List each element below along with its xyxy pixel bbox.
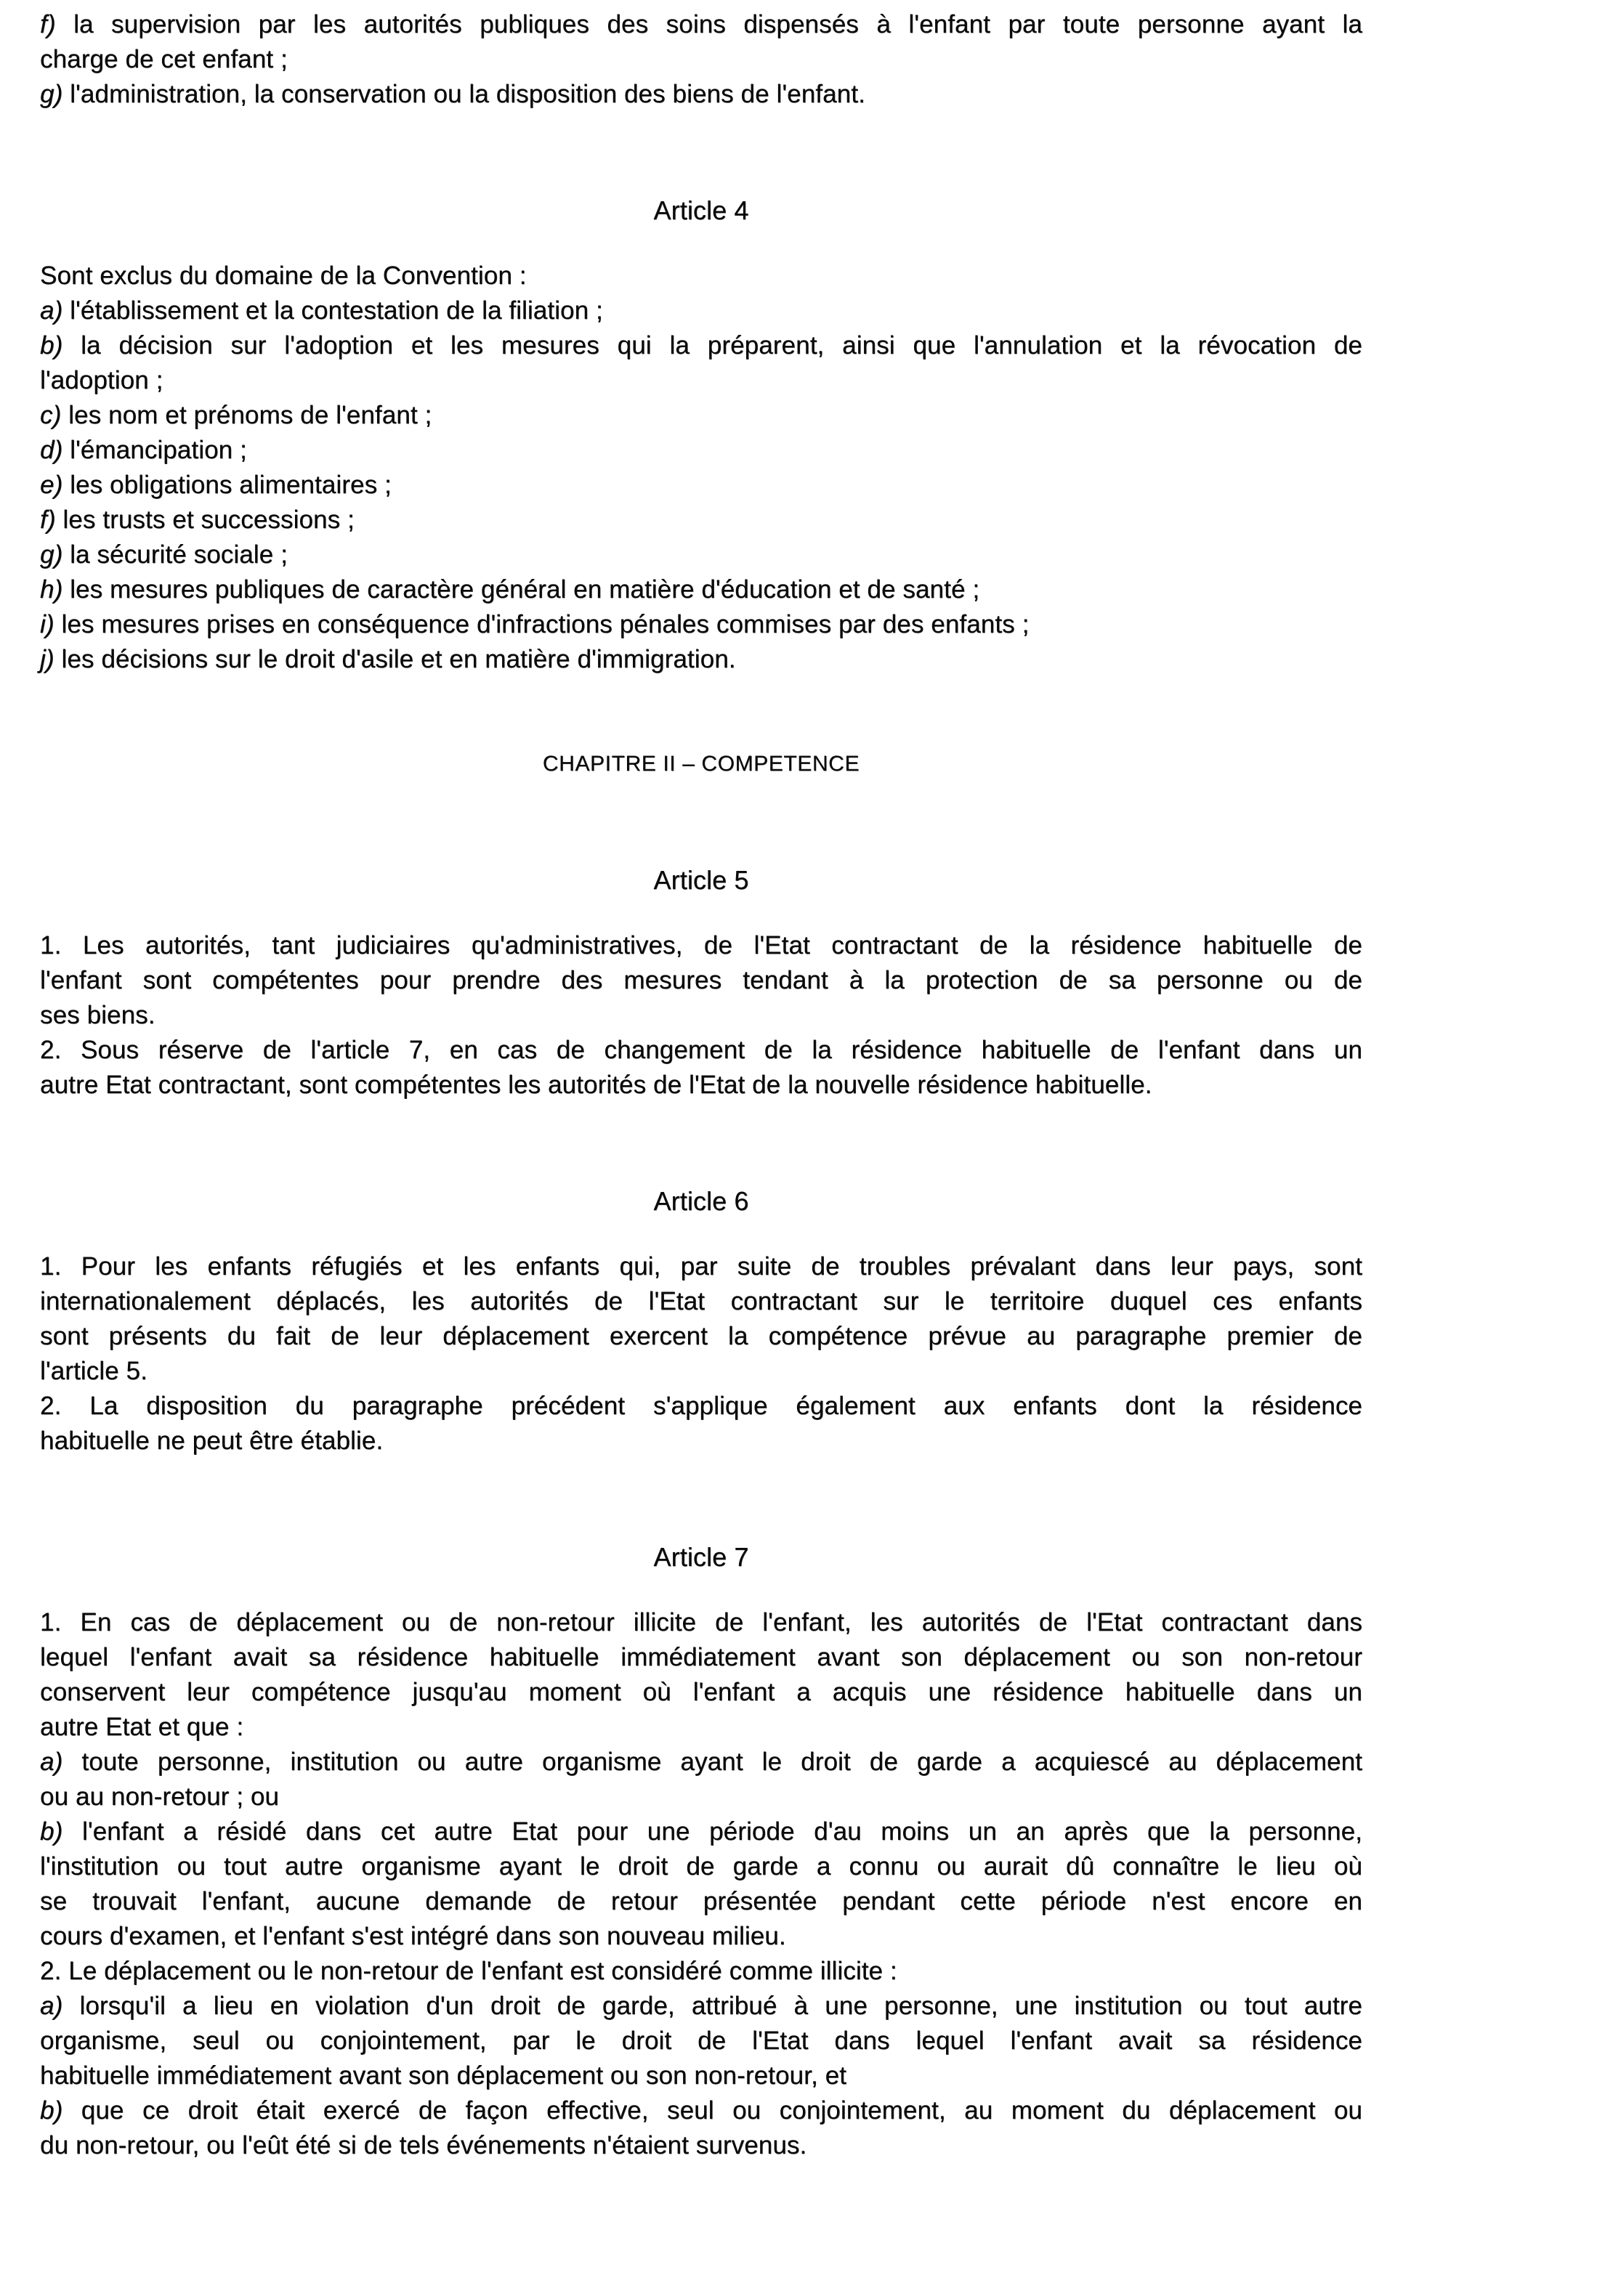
- text-line: du non-retour, ou l'eût été si de tels é…: [40, 2128, 1362, 2163]
- list-item-marker: a): [40, 296, 62, 325]
- text-line: 1. Pour les enfants réfugiés et les enfa…: [40, 1249, 1362, 1284]
- article-heading: Article 4: [40, 193, 1362, 228]
- list-item-marker: g): [40, 80, 62, 108]
- text-line: autre Etat contractant, sont compétentes…: [40, 1068, 1362, 1103]
- text-line: e) les obligations alimentaires ;: [40, 468, 1362, 503]
- text-line: conservent leur compétence jusqu'au mome…: [40, 1675, 1362, 1710]
- text-line: a) l'établissement et la contestation de…: [40, 293, 1362, 328]
- text-line: a) toute personne, institution ou autre …: [40, 1745, 1362, 1780]
- text-line: 2. La disposition du paragraphe précéden…: [40, 1389, 1362, 1424]
- text-line: b) que ce droit était exercé de façon ef…: [40, 2093, 1362, 2128]
- text-line: a) lorsqu'il a lieu en violation d'un dr…: [40, 1989, 1362, 2024]
- list-item-marker: j): [40, 645, 54, 673]
- text-line: ou au non-retour ; ou: [40, 1780, 1362, 1814]
- chapter-heading: CHAPITRE II – COMPETENCE: [40, 747, 1362, 782]
- list-item-marker: h): [40, 575, 62, 604]
- text-line: charge de cet enfant ;: [40, 42, 1362, 77]
- list-item-marker: c): [40, 401, 61, 429]
- list-item-marker: i): [40, 610, 54, 638]
- text-line: Sont exclus du domaine de la Convention …: [40, 259, 1362, 293]
- article-heading: Article 7: [40, 1540, 1362, 1575]
- text-line: h) les mesures publiques de caractère gé…: [40, 572, 1362, 607]
- text-line: se trouvait l'enfant, aucune demande de …: [40, 1884, 1362, 1919]
- text-line: organisme, seul ou conjointement, par le…: [40, 2024, 1362, 2058]
- text-line: f) la supervision par les autorités publ…: [40, 7, 1362, 42]
- text-line: cours d'examen, et l'enfant s'est intégr…: [40, 1919, 1362, 1954]
- text-line: l'enfant sont compétentes pour prendre d…: [40, 963, 1362, 998]
- text-line: b) l'enfant a résidé dans cet autre Etat…: [40, 1814, 1362, 1849]
- text-line: j) les décisions sur le droit d'asile et…: [40, 642, 1362, 677]
- list-item-marker: b): [40, 1817, 62, 1846]
- text-line: ses biens.: [40, 998, 1362, 1033]
- list-item-marker: g): [40, 540, 62, 569]
- document-body: f) la supervision par les autorités publ…: [0, 0, 1613, 2163]
- list-item-marker: f): [40, 10, 56, 38]
- text-line: g) l'administration, la conservation ou …: [40, 77, 1362, 112]
- text-line: lequel l'enfant avait sa résidence habit…: [40, 1640, 1362, 1675]
- list-item-marker: d): [40, 436, 62, 464]
- scanned-page: { "page": { "background_color": "#ffffff…: [0, 0, 1613, 2296]
- text-line: b) la décision sur l'adoption et les mes…: [40, 328, 1362, 363]
- text-line: 2. Sous réserve de l'article 7, en cas d…: [40, 1033, 1362, 1068]
- list-item-marker: a): [40, 1992, 62, 2020]
- list-item-marker: a): [40, 1748, 62, 1776]
- text-line: l'article 5.: [40, 1354, 1362, 1389]
- text-line: 1. En cas de déplacement ou de non-retou…: [40, 1605, 1362, 1640]
- list-item-marker: f): [40, 506, 56, 534]
- text-line: habituelle ne peut être établie.: [40, 1424, 1362, 1459]
- text-line: l'institution ou tout autre organisme ay…: [40, 1849, 1362, 1884]
- text-line: 2. Le déplacement ou le non-retour de l'…: [40, 1954, 1362, 1989]
- article-heading: Article 5: [40, 863, 1362, 898]
- text-line: autre Etat et que :: [40, 1710, 1362, 1745]
- text-line: c) les nom et prénoms de l'enfant ;: [40, 398, 1362, 433]
- list-item-marker: b): [40, 2096, 62, 2125]
- text-line: habituelle immédiatement avant son dépla…: [40, 2058, 1362, 2093]
- text-line: i) les mesures prises en conséquence d'i…: [40, 607, 1362, 642]
- text-line: d) l'émancipation ;: [40, 433, 1362, 468]
- text-line: 1. Les autorités, tant judiciaires qu'ad…: [40, 928, 1362, 963]
- text-line: internationalement déplacés, les autorit…: [40, 1284, 1362, 1319]
- list-item-marker: b): [40, 331, 62, 360]
- text-line: f) les trusts et successions ;: [40, 503, 1362, 538]
- list-item-marker: e): [40, 471, 62, 499]
- text-line: sont présents du fait de leur déplacemen…: [40, 1319, 1362, 1354]
- text-line: g) la sécurité sociale ;: [40, 538, 1362, 572]
- article-heading: Article 6: [40, 1184, 1362, 1219]
- text-line: l'adoption ;: [40, 363, 1362, 398]
